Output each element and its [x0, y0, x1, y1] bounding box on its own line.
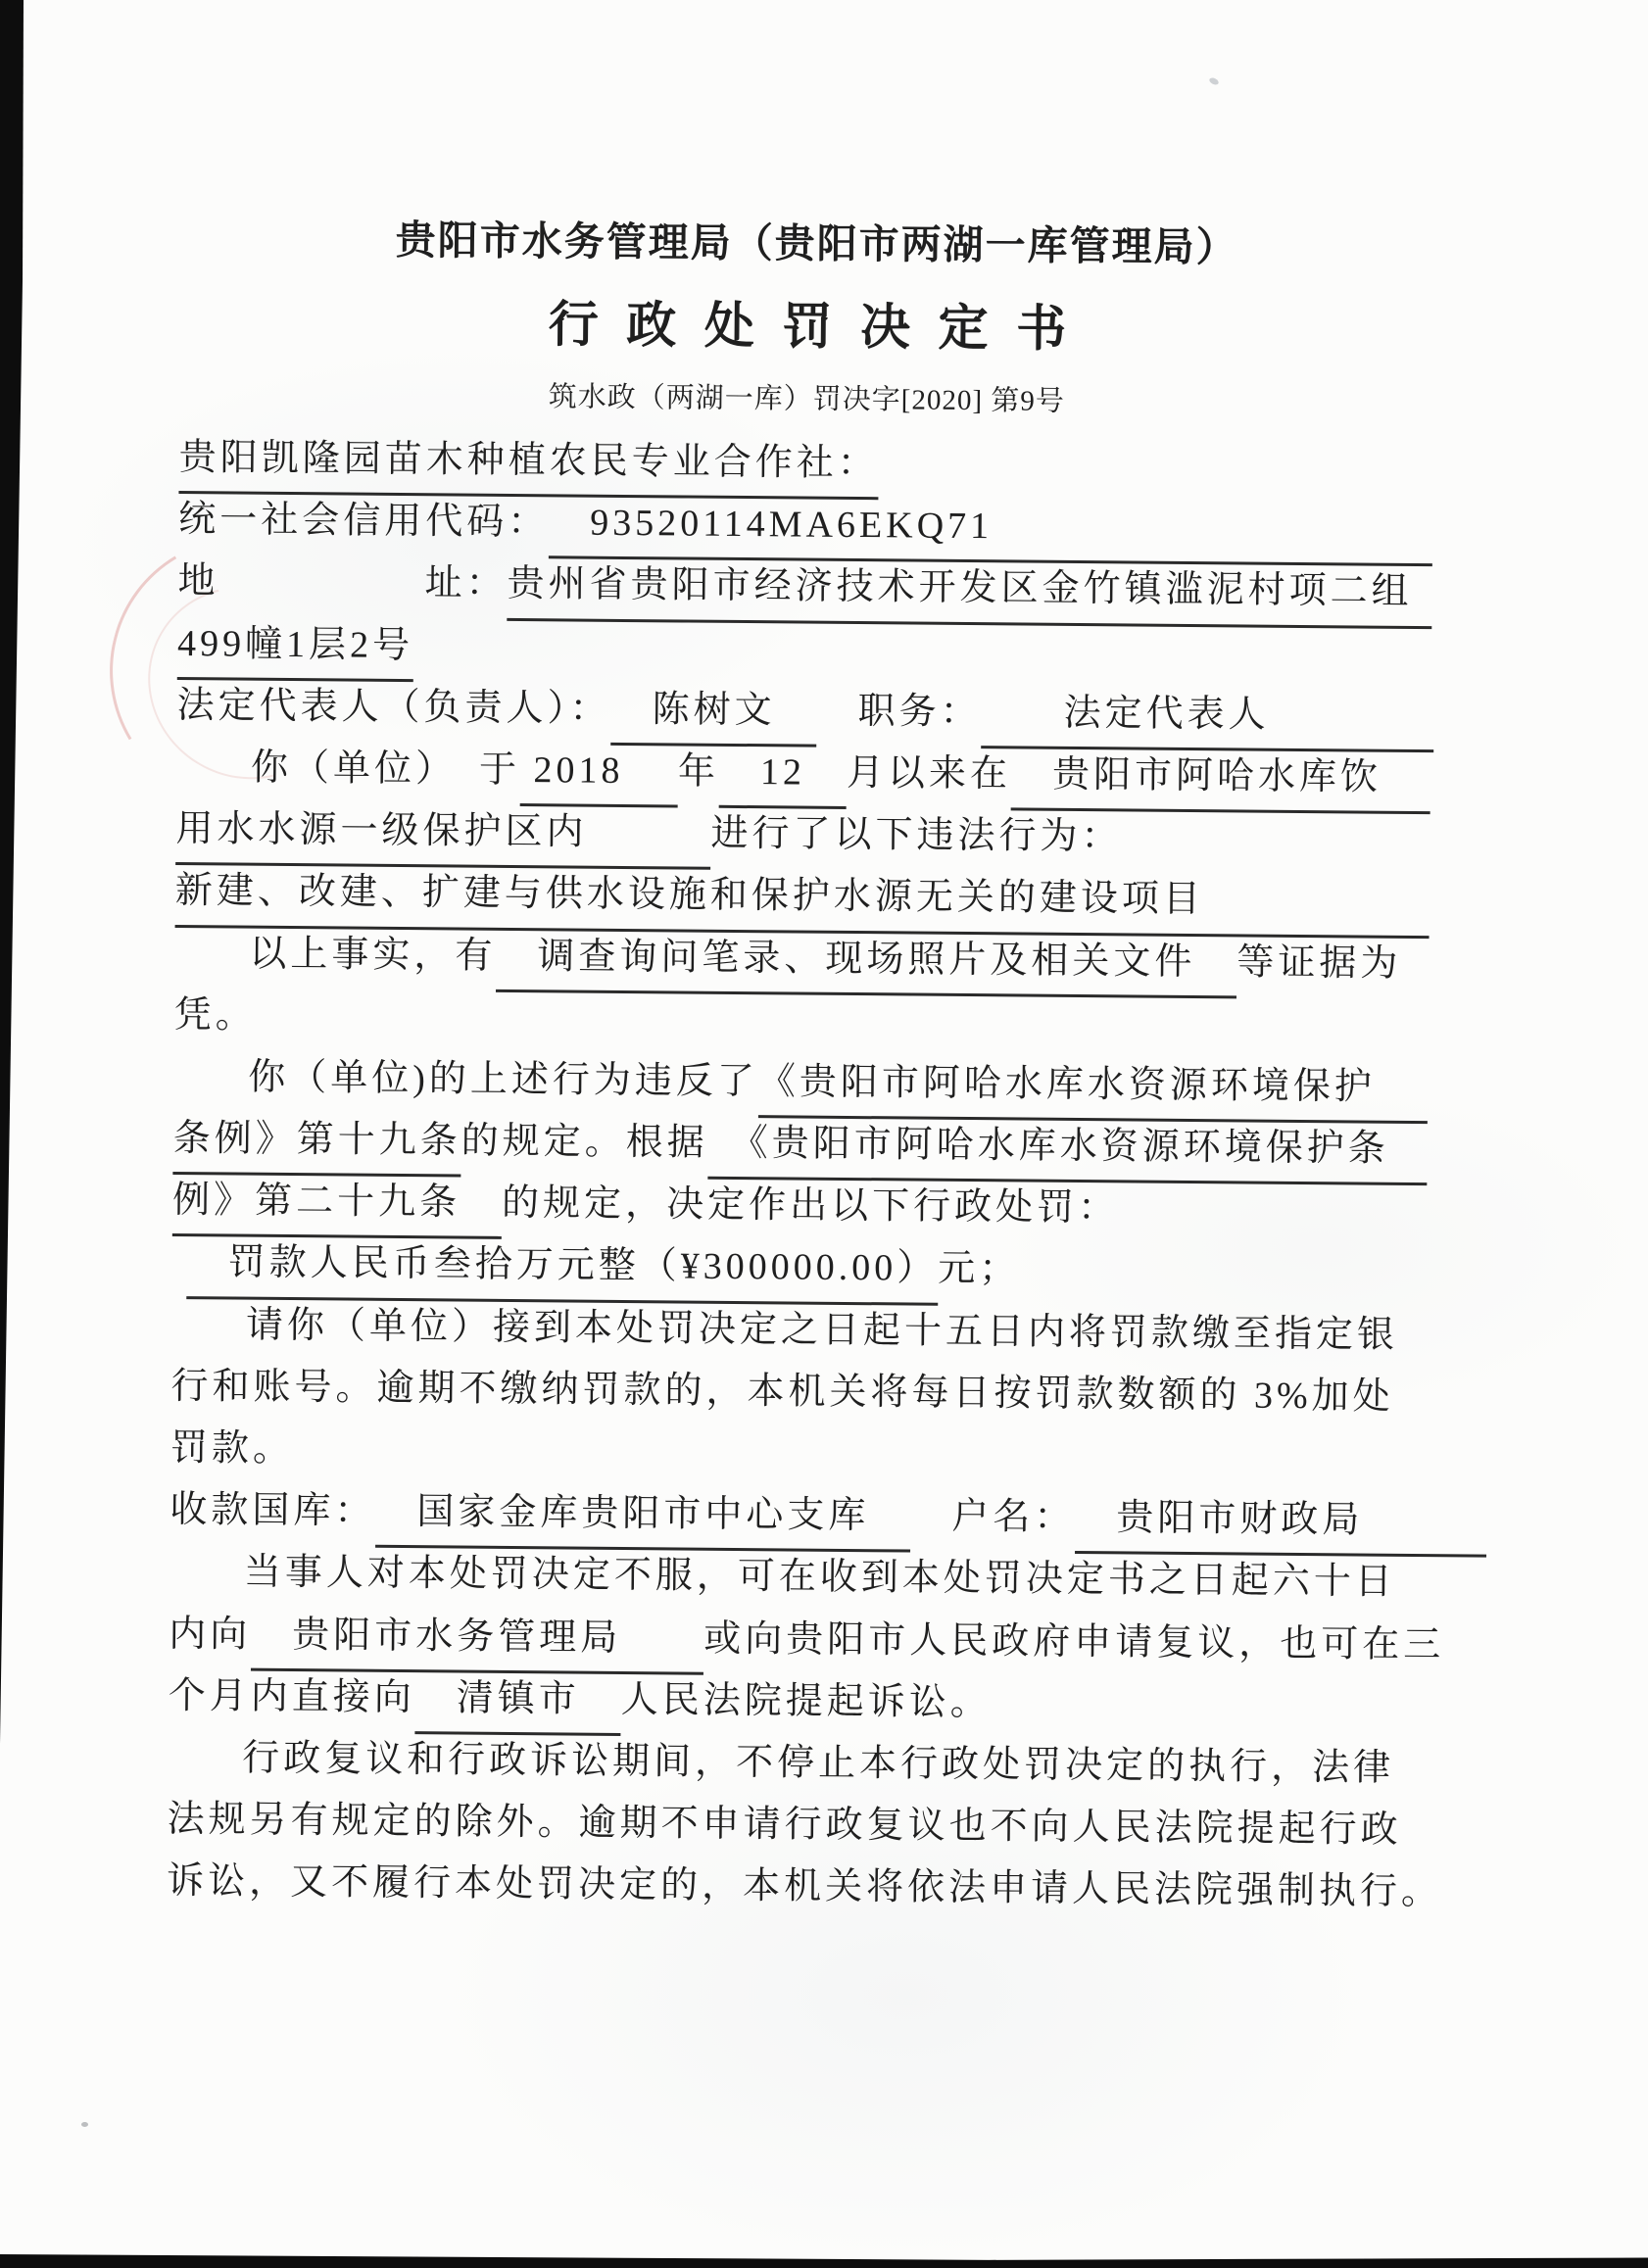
text-segment: 月以来在	[847, 743, 1012, 806]
document-line: 统一社会信用代码： 93520114MA6EKQ71	[178, 489, 1433, 561]
text-segment: 当事人对本处罚决定不服，可在收到本处罚决定书之日起六十日	[244, 1542, 1397, 1614]
text-segment: 收款国库：	[170, 1479, 376, 1543]
document-number: 筑水政（两湖一库）罚决字[2020] 第9号	[179, 371, 1433, 422]
text-segment: 你（单位） 于	[251, 738, 521, 802]
text-segment: 请你（单位）接到本处罚决定之日起十五日内将罚款缴至指定银	[246, 1294, 1399, 1366]
text-segment: 或向贵阳市人民政府申请复议，也可在三	[703, 1608, 1445, 1676]
text-segment: 个月内直接向	[168, 1665, 415, 1729]
text-segment: 以上事实，有	[249, 923, 497, 987]
text-segment: 法规另有规定的除外。逾期不申请行政复议也不向人民法院提起行政	[167, 1789, 1402, 1861]
text-segment: 内向	[169, 1604, 252, 1666]
document-line: 你（单位)的上述行为违反了《贵阳市阿哈水库水资源环境保护	[173, 1046, 1429, 1119]
filled-blank-text: 2018	[520, 740, 679, 808]
document-line: 新建、改建、扩建与供水设施和保护水源无关的建设项目	[175, 860, 1430, 933]
document-line: 个月内直接向 清镇市 人民法院提起诉讼。	[168, 1665, 1423, 1738]
text-segment: 凭。	[174, 985, 258, 1047]
scan-edge-left-artifact	[0, 0, 24, 1744]
document-line: 行和账号。逾期不缴纳罚款的，本机关将每日按罚款数额的 3%加处	[170, 1356, 1426, 1428]
filled-blank-text: 贵阳市财政局	[1075, 1487, 1487, 1558]
issuing-organization: 贵阳市水务管理局（贵阳市两湖一库管理局）	[180, 206, 1434, 274]
filled-blank-text: 清镇市	[414, 1667, 621, 1736]
text-segment: 诉讼，又不履行本处罚决定的，本机关将依法申请人民法院强制执行。	[167, 1851, 1443, 1924]
filled-blank-text: 法定代表人	[981, 682, 1434, 752]
text-segment: 年	[678, 741, 720, 803]
filled-blank-text: 用水水源一级保护区内	[175, 798, 711, 870]
document-content: 贵阳市水务管理局（贵阳市两湖一库管理局） 行政处罚决定书 筑水政（两湖一库）罚决…	[167, 206, 1435, 1924]
filled-blank-text: 贵州省贵阳市经济技术开发区金竹镇滥泥村项二组	[507, 554, 1432, 628]
document-line: 条例》第十九条的规定。根据 《贵阳市阿哈水库水资源环境保护条	[172, 1108, 1428, 1181]
text-segment: 职务：	[816, 680, 982, 744]
document-line: 当事人对本处罚决定不服，可在收到本处罚决定书之日起六十日	[170, 1541, 1425, 1614]
filled-blank-text: 贵阳市水务管理局	[251, 1604, 704, 1674]
document-line: 诉讼，又不履行本处罚决定的，本机关将依法申请人民法院强制执行。	[167, 1851, 1422, 1923]
filled-blank-text: 例》第二十九条	[172, 1170, 503, 1239]
text-segment: 罚款。	[170, 1418, 295, 1480]
filled-blank-text: 调查询问笔录、现场照片及相关文件	[496, 925, 1237, 998]
document-line: 罚款人民币叁拾万元整（¥300000.00）元；	[171, 1231, 1427, 1304]
document-line: 法定代表人（负责人）： 陈树文 职务： 法定代表人	[176, 675, 1431, 748]
document-line: 行政复议和行政诉讼期间，不停止本行政处罚决定的执行，法律	[168, 1727, 1423, 1800]
text-segment: 的规定。根据	[460, 1111, 708, 1175]
document-line: 以上事实，有 调查询问笔录、现场照片及相关文件 等证据为	[174, 922, 1430, 994]
filled-blank-text: 12	[719, 742, 848, 809]
scan-edge-bottom-artifact	[0, 2251, 1648, 2268]
text-segment: 统一社会信用代码：	[178, 489, 550, 554]
text-segment: 的规定，决定作出以下行政处罚：	[502, 1173, 1120, 1240]
filled-blank-text: 国家金库贵阳市中心支库	[375, 1481, 911, 1553]
filled-blank-text: 陈树文	[610, 679, 817, 748]
filled-blank-text: 条例》第十九条	[172, 1108, 461, 1178]
document-line: 凭。	[174, 985, 1430, 1057]
document-line: 罚款。	[170, 1418, 1426, 1490]
text-segment: 进行了以下违法行为：	[710, 803, 1123, 869]
filled-blank-text: 499幢1层2号	[177, 613, 414, 682]
filled-blank-text: 《贵阳市阿哈水库水资源环境保护	[758, 1051, 1429, 1124]
document-line: 请你（单位）接到本处罚决定之日起十五日内将罚款缴至指定银	[171, 1294, 1427, 1367]
text-segment: 你（单位)的上述行为违反了	[248, 1047, 758, 1114]
document-body: 贵阳凯隆园苗木种植农民专业合作社：统一社会信用代码： 93520114MA6EK…	[167, 427, 1433, 1924]
scan-speck	[1208, 76, 1220, 86]
document-line: 收款国库： 国家金库贵阳市中心支库 户名： 贵阳市财政局	[170, 1479, 1425, 1552]
document-title: 行政处罚决定书	[180, 280, 1435, 363]
document-line: 你（单位） 于 2018 年 12 月以来在 贵阳市阿哈水库饮	[176, 737, 1431, 809]
document-line: 法规另有规定的除外。逾期不申请行政复议也不向人民法院提起行政	[167, 1789, 1422, 1861]
text-segment: 等证据为	[1236, 932, 1402, 995]
text-segment: 地 址：	[177, 551, 508, 615]
text-segment: 法定代表人（负责人）：	[176, 675, 611, 741]
text-segment: 户名：	[910, 1486, 1076, 1550]
scan-speck	[81, 2122, 88, 2127]
text-segment: 元；	[938, 1238, 1021, 1301]
document-line: 地 址：贵州省贵阳市经济技术开发区金竹镇滥泥村项二组	[177, 551, 1432, 623]
filled-blank-text: 贵阳市阿哈水库饮	[1011, 744, 1431, 814]
text-segment: 行和账号。逾期不缴纳罚款的，本机关将每日按罚款数额的 3%加处	[170, 1356, 1394, 1428]
document-line: 贵阳凯隆园苗木种植农民专业合作社：	[178, 427, 1433, 500]
document-line: 内向 贵阳市水务管理局 或向贵阳市人民政府申请复议，也可在三	[169, 1604, 1424, 1676]
scanned-document-page: 贵阳市水务管理局（贵阳市两湖一库管理局） 行政处罚决定书 筑水政（两湖一库）罚决…	[0, 0, 1648, 2268]
text-segment: 人民法院提起诉讼。	[620, 1669, 992, 1734]
text-segment: 行政复议和行政诉讼期间，不停止本行政处罚决定的执行，法律	[242, 1728, 1395, 1800]
